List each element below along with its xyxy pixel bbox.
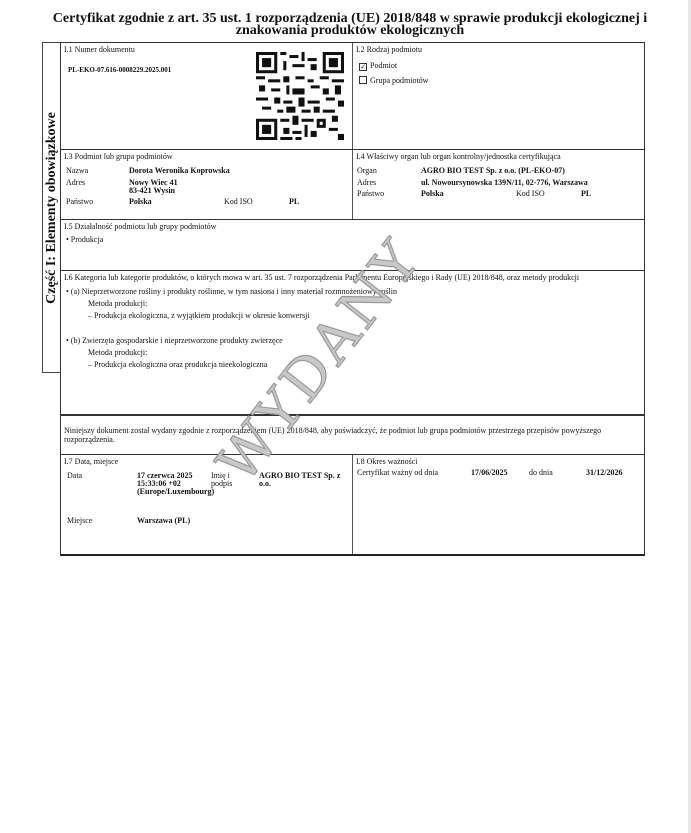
section-i3: I.3 Podmiot lub grupa podmiotów Nazwa Do…	[61, 150, 353, 219]
section-heading: I.5 Działalność podmiotu lub grupy podmi…	[64, 222, 641, 231]
method-value: – Produkcja ekologiczna oraz produkcja n…	[88, 359, 641, 371]
row-i6: I.6 Kategoria lub kategorie produktów, o…	[60, 270, 645, 414]
iso-label: Kod ISO	[516, 190, 545, 198]
row-i7-i8: I.7 Data, miejsce Data 17 czerwca 2025 1…	[60, 454, 645, 556]
section-heading: I.6 Kategoria lub kategorie produktów, o…	[64, 273, 641, 282]
section-heading: I.7 Data, miejsce	[64, 457, 349, 466]
section-i2: I.2 Rodzaj podmiotu ✓Podmiot Grupa podmi…	[353, 43, 644, 149]
section-i1: I.1 Numer dokumentu PL-EKO-07.616-000822…	[61, 43, 353, 149]
row-i3-i4: I.3 Podmiot lub grupa podmiotów Nazwa Do…	[60, 149, 645, 219]
valid-from-label: Certyfikat ważny od dnia	[357, 469, 438, 477]
part-sidebar: Część I: Elementy obowiązkowe	[42, 42, 60, 373]
country-label: Państwo	[66, 198, 93, 206]
entity-type-option-group[interactable]: Grupa podmiotów	[359, 75, 641, 87]
iso-value: PL	[289, 198, 299, 206]
checkbox-checked-icon[interactable]: ✓	[359, 63, 367, 71]
statement: Niniejszy dokument został wydany zgodnie…	[61, 416, 644, 454]
section-i5: I.5 Działalność podmiotu lub grupy podmi…	[61, 220, 644, 270]
address-line2: 83-421 Wysin	[129, 187, 175, 195]
product-category: • (a) Nieprzetworzone rośliny i produkty…	[66, 286, 641, 322]
qr-code-icon	[256, 52, 344, 140]
product-category: • (b) Zwierzęta gospodarskie i nieprzetw…	[66, 335, 641, 371]
section-i8: I.8 Okres ważności Certyfikat ważny od d…	[353, 455, 644, 554]
activity-item: • Produkcja	[66, 234, 641, 246]
section-heading: I.4 Właściwy organ lub organ kontrolny/j…	[356, 152, 641, 161]
place-value: Warszawa (PL)	[137, 517, 190, 525]
section-i7: I.7 Data, miejsce Data 17 czerwca 2025 1…	[61, 455, 353, 554]
name-label: Nazwa	[66, 167, 88, 175]
category-name: • (a) Nieprzetworzone rośliny i produkty…	[66, 286, 641, 298]
date-value: 17 czerwca 2025 15:33:06 +02 (Europe/Lux…	[137, 472, 207, 496]
row-statement: Niniejszy dokument został wydany zgodnie…	[60, 414, 645, 454]
entity-type-option-entity[interactable]: ✓Podmiot	[359, 60, 641, 72]
country-label: Państwo	[357, 190, 384, 198]
method-label: Metoda produkcji:	[88, 298, 641, 310]
iso-value: PL	[581, 190, 591, 198]
section-i4: I.4 Właściwy organ lub organ kontrolny/j…	[353, 150, 644, 219]
part-label: Część I: Elementy obowiązkowe	[44, 112, 60, 304]
valid-to-label: do dnia	[529, 469, 553, 477]
place-label: Miejsce	[67, 517, 92, 525]
section-heading: I.8 Okres ważności	[356, 457, 641, 466]
method-value: – Produkcja ekologiczna, z wyjątkiem pro…	[88, 310, 641, 322]
valid-to-value: 31/12/2026	[586, 469, 622, 477]
country-value: Polska	[421, 190, 444, 198]
address-label: Adres	[66, 179, 85, 187]
row-i1-i2: I.1 Numer dokumentu PL-EKO-07.616-000822…	[60, 42, 645, 149]
name-value: Dorota Weronika Koprowska	[129, 167, 230, 175]
address-label: Adres	[357, 179, 376, 187]
date-label: Data	[67, 472, 82, 480]
section-heading: I.2 Rodzaj podmiotu	[356, 45, 641, 54]
certificate-table: I.1 Numer dokumentu PL-EKO-07.616-000822…	[60, 42, 645, 556]
statement-text: Niniejszy dokument został wydany zgodnie…	[64, 426, 641, 444]
country-value: Polska	[129, 198, 152, 206]
category-name: • (b) Zwierzęta gospodarskie i nieprzetw…	[66, 335, 641, 347]
row-i5: I.5 Działalność podmiotu lub grupy podmi…	[60, 219, 645, 270]
signature-label: Imię i podpis	[211, 472, 247, 488]
document-number: PL-EKO-07.616-0008229.2025.001	[68, 66, 171, 74]
signature-value: AGRO BIO TEST Sp. z o.o.	[259, 472, 345, 488]
organ-label: Organ	[357, 167, 377, 175]
iso-label: Kod ISO	[224, 198, 253, 206]
valid-from-value: 17/06/2025	[471, 469, 507, 477]
section-i6: I.6 Kategoria lub kategorie produktów, o…	[61, 271, 644, 414]
organ-value: AGRO BIO TEST Sp. z o.o. (PL-EKO-07)	[421, 167, 565, 175]
method-label: Metoda produkcji:	[88, 347, 641, 359]
certificate-title: Certyfikat zgodnie z art. 35 ust. 1 rozp…	[40, 13, 660, 37]
address-value: ul. Nowoursynowska 139N/11, 02-776, Wars…	[421, 179, 588, 187]
section-heading: I.3 Podmiot lub grupa podmiotów	[64, 152, 349, 161]
checkbox-unchecked-icon[interactable]	[359, 76, 367, 84]
